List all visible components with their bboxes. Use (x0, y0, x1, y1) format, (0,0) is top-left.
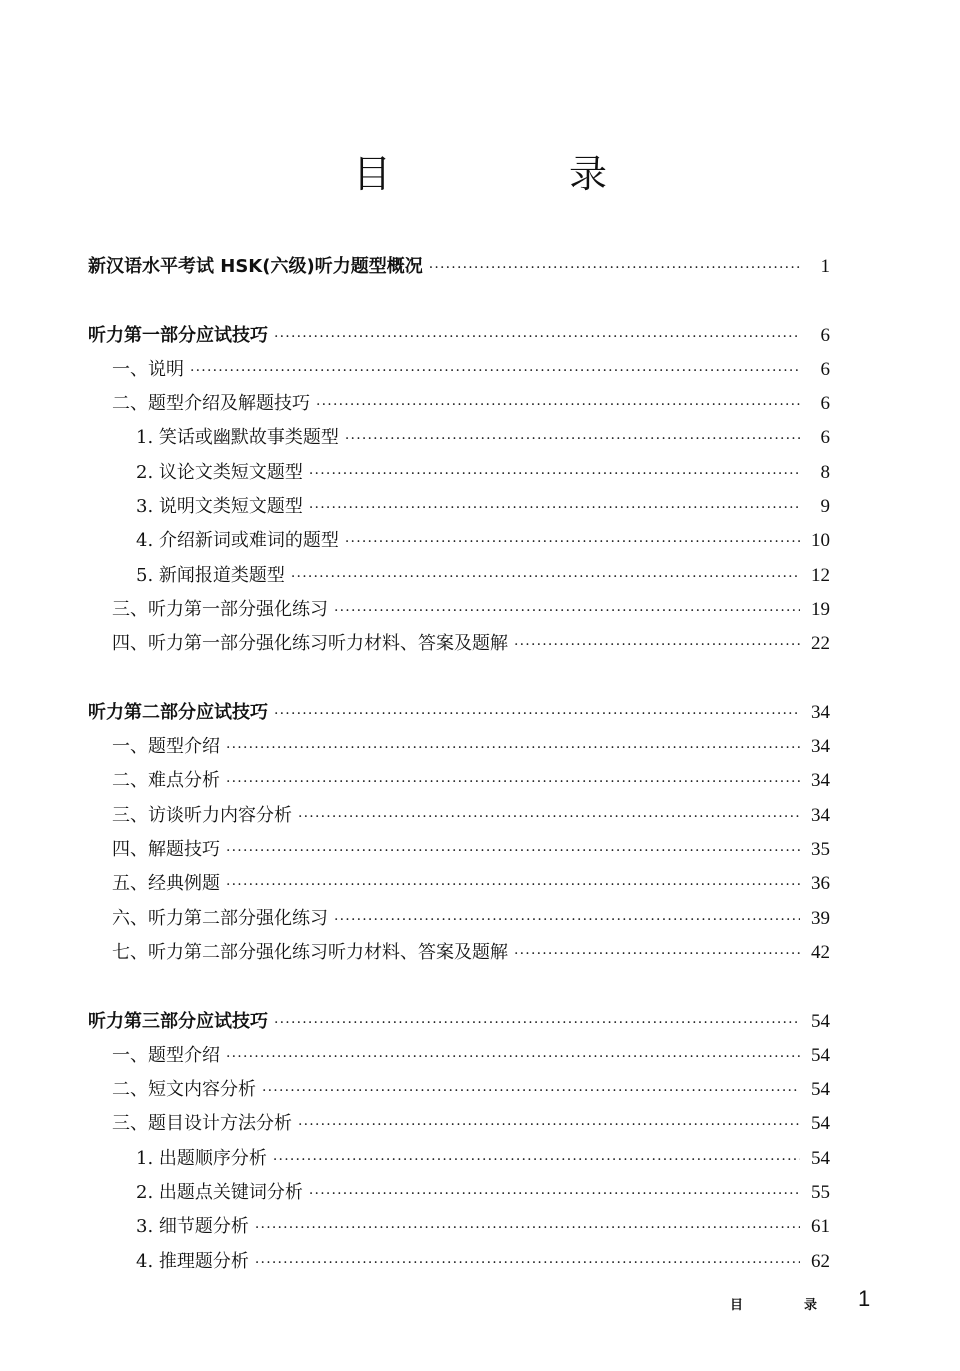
toc-entry-label: 三、访谈听力内容分析 (88, 801, 298, 827)
dot-leader (291, 569, 800, 585)
dot-leader (309, 1186, 800, 1202)
toc-entry-page: 10 (800, 530, 830, 552)
dot-leader (274, 1015, 800, 1031)
page-number: 1 (858, 1286, 870, 1312)
toc-entry[interactable]: 一、说明6 (88, 355, 830, 389)
toc-entry[interactable]: 4. 介绍新词或难词的题型10 (88, 526, 830, 560)
toc-entry-page: 54 (800, 1045, 830, 1067)
dot-leader (262, 1083, 800, 1099)
toc-entry-label: 二、题型介绍及解题技巧 (88, 389, 316, 415)
dot-leader (316, 397, 800, 413)
toc-entry-label: 六、听力第二部分强化练习 (88, 904, 334, 930)
dot-leader (190, 363, 800, 379)
dot-leader (514, 946, 800, 962)
running-head-left: 目 (730, 1294, 743, 1313)
dot-leader (298, 1117, 800, 1133)
toc-entry-page: 54 (800, 1011, 830, 1033)
dot-leader (334, 912, 800, 928)
toc-entry-label: 一、题型介绍 (88, 732, 226, 758)
toc-entry-label: 二、短文内容分析 (88, 1075, 262, 1101)
toc-entry[interactable]: 2. 出题点关键词分析55 (88, 1178, 830, 1212)
dot-leader (274, 706, 800, 722)
toc-entry[interactable]: 3. 细节题分析61 (88, 1212, 830, 1246)
toc-entry[interactable]: 一、题型介绍54 (88, 1041, 830, 1075)
toc-entry-label: 三、听力第一部分强化练习 (88, 595, 334, 621)
toc-entry-page: 61 (800, 1216, 830, 1238)
toc-entry-label: 三、题目设计方法分析 (88, 1109, 298, 1135)
toc-entry-label: 听力第三部分应试技巧 (88, 1007, 274, 1033)
toc-entry[interactable]: 二、难点分析34 (88, 766, 830, 800)
dot-leader (226, 843, 800, 859)
toc-entry-label: 听力第二部分应试技巧 (88, 698, 274, 724)
toc-entry-page: 6 (800, 325, 830, 347)
toc-entry[interactable]: 七、听力第二部分强化练习听力材料、答案及题解42 (88, 938, 830, 972)
toc-entry-label: 5. 新闻报道类题型 (88, 561, 291, 587)
toc-entry[interactable]: 三、题目设计方法分析54 (88, 1109, 830, 1143)
toc-entry-label: 四、听力第一部分强化练习听力材料、答案及题解 (88, 629, 514, 655)
toc-entry-page: 6 (800, 427, 830, 449)
running-head-right: 录 (804, 1294, 817, 1313)
toc-entry-page: 19 (800, 599, 830, 621)
toc-entry-page: 35 (800, 839, 830, 861)
toc-entry-page: 1 (800, 256, 830, 278)
toc-entry-page: 6 (800, 393, 830, 415)
toc-entry[interactable]: 5. 新闻报道类题型12 (88, 561, 830, 595)
toc-entry-label: 五、经典例题 (88, 869, 226, 895)
toc-entry-page: 54 (800, 1079, 830, 1101)
dot-leader (309, 466, 800, 482)
dot-leader (226, 1049, 800, 1065)
toc-entry-page: 8 (800, 462, 830, 484)
toc-entry-page: 12 (800, 565, 830, 587)
dot-leader (514, 637, 800, 653)
toc-entry-label: 七、听力第二部分强化练习听力材料、答案及题解 (88, 938, 514, 964)
dot-leader (345, 431, 800, 447)
toc-entry[interactable]: 二、短文内容分析54 (88, 1075, 830, 1109)
toc-entry-label: 一、题型介绍 (88, 1041, 226, 1067)
toc-entry-page: 34 (800, 736, 830, 758)
toc-entry-label: 4. 推理题分析 (88, 1247, 255, 1273)
toc-entry-page: 54 (800, 1148, 830, 1170)
toc-entry-label: 4. 介绍新词或难词的题型 (88, 526, 345, 552)
dot-leader (255, 1220, 800, 1236)
section-gap (88, 664, 830, 698)
toc-entry-page: 34 (800, 770, 830, 792)
dot-leader (274, 329, 800, 345)
toc-entry[interactable]: 1. 笑话或幽默故事类题型6 (88, 423, 830, 457)
toc-entry-label: 听力第一部分应试技巧 (88, 321, 274, 347)
dot-leader (226, 877, 800, 893)
dot-leader (334, 603, 800, 619)
dot-leader (226, 740, 800, 756)
toc-entry-label: 1. 笑话或幽默故事类题型 (88, 423, 345, 449)
toc-entry-page: 36 (800, 873, 830, 895)
toc-entry-page: 34 (800, 805, 830, 827)
toc-entry-label: 2. 出题点关键词分析 (88, 1178, 309, 1204)
toc-entry-label: 3. 细节题分析 (88, 1212, 255, 1238)
toc-entry-page: 62 (800, 1251, 830, 1273)
toc-entry[interactable]: 四、听力第一部分强化练习听力材料、答案及题解22 (88, 629, 830, 663)
toc-entry[interactable]: 一、题型介绍34 (88, 732, 830, 766)
toc-entry-label: 一、说明 (88, 355, 190, 381)
toc-entry[interactable]: 3. 说明文类短文题型9 (88, 492, 830, 526)
toc-entry[interactable]: 五、经典例题36 (88, 869, 830, 903)
toc-entry[interactable]: 六、听力第二部分强化练习39 (88, 904, 830, 938)
toc-entry-label: 2. 议论文类短文题型 (88, 458, 309, 484)
toc-entry[interactable]: 新汉语水平考试 HSK(六级)听力题型概况1 (88, 252, 830, 286)
dot-leader (226, 774, 800, 790)
dot-leader (273, 1152, 800, 1168)
toc-entry-label: 新汉语水平考试 HSK(六级)听力题型概况 (88, 252, 429, 278)
toc-entry[interactable]: 二、题型介绍及解题技巧6 (88, 389, 830, 423)
toc-entry-page: 22 (800, 633, 830, 655)
dot-leader (345, 534, 800, 550)
page-title: 目 录 (0, 143, 960, 198)
toc-entry[interactable]: 听力第二部分应试技巧34 (88, 698, 830, 732)
toc-entry-label: 四、解题技巧 (88, 835, 226, 861)
dot-leader (255, 1255, 800, 1271)
toc-entry[interactable]: 三、访谈听力内容分析34 (88, 801, 830, 835)
table-of-contents: 新汉语水平考试 HSK(六级)听力题型概况1听力第一部分应试技巧6一、说明6二、… (88, 252, 830, 1281)
toc-entry-page: 42 (800, 942, 830, 964)
toc-entry-label: 二、难点分析 (88, 766, 226, 792)
toc-entry[interactable]: 4. 推理题分析62 (88, 1247, 830, 1281)
toc-entry[interactable]: 2. 议论文类短文题型8 (88, 458, 830, 492)
toc-entry-label: 3. 说明文类短文题型 (88, 492, 309, 518)
toc-entry[interactable]: 四、解题技巧35 (88, 835, 830, 869)
toc-entry[interactable]: 1. 出题顺序分析54 (88, 1144, 830, 1178)
toc-entry-page: 34 (800, 702, 830, 724)
dot-leader (429, 260, 800, 276)
section-gap (88, 286, 830, 320)
toc-entry-page: 55 (800, 1182, 830, 1204)
toc-entry-page: 54 (800, 1113, 830, 1135)
toc-entry-label: 1. 出题顺序分析 (88, 1144, 273, 1170)
section-gap (88, 972, 830, 1006)
toc-entry-page: 6 (800, 359, 830, 381)
toc-entry[interactable]: 听力第一部分应试技巧6 (88, 321, 830, 355)
toc-entry[interactable]: 三、听力第一部分强化练习19 (88, 595, 830, 629)
toc-entry-page: 9 (800, 496, 830, 518)
dot-leader (298, 809, 800, 825)
dot-leader (309, 500, 800, 516)
toc-entry-page: 39 (800, 908, 830, 930)
toc-entry[interactable]: 听力第三部分应试技巧54 (88, 1007, 830, 1041)
